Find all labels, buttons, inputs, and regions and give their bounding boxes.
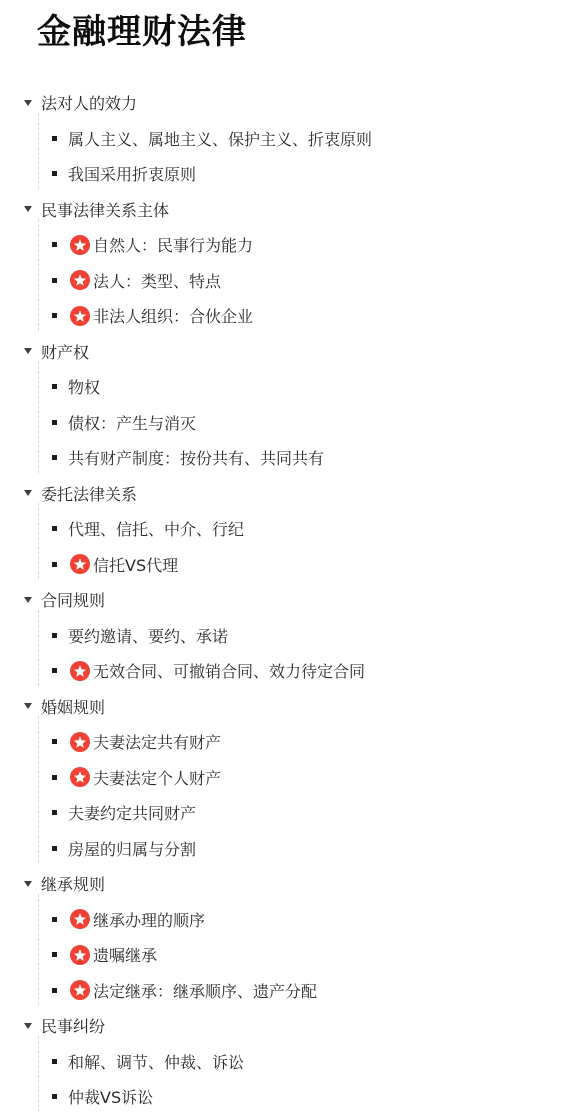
item-label: 仲裁VS诉讼 [68, 1085, 153, 1108]
section-label: 委托法律关系 [41, 482, 137, 505]
list-item[interactable]: 要约邀请、要约、承诺 [0, 618, 545, 654]
section-header-row[interactable]: 委托法律关系 [0, 476, 545, 512]
star-icon [70, 554, 90, 574]
item-label: 夫妻法定个人财产 [93, 766, 221, 789]
item-label: 共有财产制度：按份共有、共同共有 [68, 446, 324, 469]
star-icon [70, 732, 90, 752]
outline-section: 婚姻规则夫妻法定共有财产夫妻法定个人财产夫妻约定共同财产房屋的归属与分割 [0, 689, 545, 867]
star-icon [70, 661, 90, 681]
list-item[interactable]: 债权：产生与消灭 [0, 405, 545, 441]
square-bullet-icon [52, 810, 57, 815]
star-icon [70, 235, 90, 255]
square-bullet-icon [52, 739, 57, 744]
item-label: 非法人组织：合伙企业 [93, 304, 253, 327]
square-bullet-icon [52, 952, 57, 957]
outline-section: 委托法律关系代理、信托、中介、行纪信托VS代理 [0, 476, 545, 583]
collapse-triangle-icon[interactable] [24, 597, 32, 603]
list-item[interactable]: 共有财产制度：按份共有、共同共有 [0, 440, 545, 476]
item-label: 继承办理的顺序 [93, 908, 205, 931]
item-label: 无效合同、可撤销合同、效力待定合同 [93, 659, 365, 682]
square-bullet-icon [52, 136, 57, 141]
square-bullet-icon [52, 1094, 57, 1099]
square-bullet-icon [52, 562, 57, 567]
item-label: 我国采用折衷原则 [68, 162, 196, 185]
item-label: 和解、调节、仲裁、诉讼 [68, 1050, 244, 1073]
list-item[interactable]: 物权 [0, 369, 545, 405]
list-item[interactable]: 自然人：民事行为能力 [0, 227, 545, 263]
square-bullet-icon [52, 171, 57, 176]
outline: 法对人的效力属人主义、属地主义、保护主义、折衷原则我国采用折衷原则民事法律关系主… [0, 85, 545, 1115]
star-icon [70, 945, 90, 965]
collapse-triangle-icon[interactable] [24, 881, 32, 887]
section-header-row[interactable]: 婚姻规则 [0, 689, 545, 725]
list-item[interactable]: 属人主义、属地主义、保护主义、折衷原则 [0, 121, 545, 157]
item-label: 遗嘱继承 [93, 943, 157, 966]
section-label: 民事法律关系主体 [41, 198, 169, 221]
section-label: 婚姻规则 [41, 695, 105, 718]
outline-section: 法对人的效力属人主义、属地主义、保护主义、折衷原则我国采用折衷原则 [0, 85, 545, 192]
outline-section: 民事纠纷和解、调节、仲裁、诉讼仲裁VS诉讼 [0, 1008, 545, 1115]
star-icon [70, 909, 90, 929]
section-label: 合同规则 [41, 588, 105, 611]
item-label: 夫妻约定共同财产 [68, 801, 196, 824]
section-children: 代理、信托、中介、行纪信托VS代理 [0, 511, 545, 582]
square-bullet-icon [52, 420, 57, 425]
section-header-row[interactable]: 继承规则 [0, 866, 545, 902]
item-label: 法定继承：继承顺序、遗产分配 [93, 979, 317, 1002]
outline-section: 财产权物权债权：产生与消灭共有财产制度：按份共有、共同共有 [0, 334, 545, 476]
section-label: 法对人的效力 [41, 91, 137, 114]
list-item[interactable]: 房屋的归属与分割 [0, 831, 545, 867]
list-item[interactable]: 夫妻法定个人财产 [0, 760, 545, 796]
square-bullet-icon [52, 775, 57, 780]
outline-section: 合同规则要约邀请、要约、承诺无效合同、可撤销合同、效力待定合同 [0, 582, 545, 689]
star-icon [70, 306, 90, 326]
section-children: 物权债权：产生与消灭共有财产制度：按份共有、共同共有 [0, 369, 545, 476]
section-header-row[interactable]: 民事法律关系主体 [0, 192, 545, 228]
section-children: 自然人：民事行为能力法人：类型、特点非法人组织：合伙企业 [0, 227, 545, 334]
collapse-triangle-icon[interactable] [24, 703, 32, 709]
star-icon [70, 767, 90, 787]
document-body: 金融理财法律 法对人的效力属人主义、属地主义、保护主义、折衷原则我国采用折衷原则… [0, 0, 563, 1115]
list-item[interactable]: 和解、调节、仲裁、诉讼 [0, 1044, 545, 1080]
list-item[interactable]: 我国采用折衷原则 [0, 156, 545, 192]
list-item[interactable]: 夫妻约定共同财产 [0, 795, 545, 831]
square-bullet-icon [52, 455, 57, 460]
list-item[interactable]: 法人：类型、特点 [0, 263, 545, 299]
section-children: 继承办理的顺序遗嘱继承法定继承：继承顺序、遗产分配 [0, 902, 545, 1009]
item-label: 物权 [68, 375, 100, 398]
list-item[interactable]: 非法人组织：合伙企业 [0, 298, 545, 334]
section-children: 要约邀请、要约、承诺无效合同、可撤销合同、效力待定合同 [0, 618, 545, 689]
star-icon [70, 270, 90, 290]
page-title: 金融理财法律 [37, 12, 545, 52]
item-label: 自然人：民事行为能力 [93, 233, 253, 256]
item-label: 法人：类型、特点 [93, 269, 221, 292]
collapse-triangle-icon[interactable] [24, 490, 32, 496]
list-item[interactable]: 法定继承：继承顺序、遗产分配 [0, 973, 545, 1009]
collapse-triangle-icon[interactable] [24, 206, 32, 212]
list-item[interactable]: 信托VS代理 [0, 547, 545, 583]
list-item[interactable]: 代理、信托、中介、行纪 [0, 511, 545, 547]
section-children: 夫妻法定共有财产夫妻法定个人财产夫妻约定共同财产房屋的归属与分割 [0, 724, 545, 866]
outline-section: 继承规则继承办理的顺序遗嘱继承法定继承：继承顺序、遗产分配 [0, 866, 545, 1008]
square-bullet-icon [52, 313, 57, 318]
square-bullet-icon [52, 278, 57, 283]
section-header-row[interactable]: 民事纠纷 [0, 1008, 545, 1044]
section-header-row[interactable]: 财产权 [0, 334, 545, 370]
outline-page: 金融理财法律 法对人的效力属人主义、属地主义、保护主义、折衷原则我国采用折衷原则… [0, 0, 563, 1117]
square-bullet-icon [52, 668, 57, 673]
list-item[interactable]: 继承办理的顺序 [0, 902, 545, 938]
square-bullet-icon [52, 384, 57, 389]
collapse-triangle-icon[interactable] [24, 348, 32, 354]
item-label: 要约邀请、要约、承诺 [68, 624, 228, 647]
square-bullet-icon [52, 526, 57, 531]
square-bullet-icon [52, 846, 57, 851]
section-label: 继承规则 [41, 872, 105, 895]
square-bullet-icon [52, 1059, 57, 1064]
square-bullet-icon [52, 242, 57, 247]
section-header-row[interactable]: 法对人的效力 [0, 85, 545, 121]
section-label: 民事纠纷 [41, 1014, 105, 1037]
section-children: 属人主义、属地主义、保护主义、折衷原则我国采用折衷原则 [0, 121, 545, 192]
item-label: 信托VS代理 [93, 553, 178, 576]
list-item[interactable]: 遗嘱继承 [0, 937, 545, 973]
item-label: 债权：产生与消灭 [68, 411, 196, 434]
section-label: 财产权 [41, 340, 89, 363]
list-item[interactable]: 仲裁VS诉讼 [0, 1079, 545, 1115]
list-item[interactable]: 无效合同、可撤销合同、效力待定合同 [0, 653, 545, 689]
collapse-triangle-icon[interactable] [24, 100, 32, 106]
star-icon [70, 980, 90, 1000]
item-label: 代理、信托、中介、行纪 [68, 517, 244, 540]
square-bullet-icon [52, 633, 57, 638]
list-item[interactable]: 夫妻法定共有财产 [0, 724, 545, 760]
section-children: 和解、调节、仲裁、诉讼仲裁VS诉讼 [0, 1044, 545, 1115]
square-bullet-icon [52, 917, 57, 922]
collapse-triangle-icon[interactable] [24, 1023, 32, 1029]
outline-section: 民事法律关系主体自然人：民事行为能力法人：类型、特点非法人组织：合伙企业 [0, 192, 545, 334]
item-label: 夫妻法定共有财产 [93, 730, 221, 753]
square-bullet-icon [52, 988, 57, 993]
item-label: 属人主义、属地主义、保护主义、折衷原则 [68, 127, 372, 150]
section-header-row[interactable]: 合同规则 [0, 582, 545, 618]
item-label: 房屋的归属与分割 [68, 837, 196, 860]
